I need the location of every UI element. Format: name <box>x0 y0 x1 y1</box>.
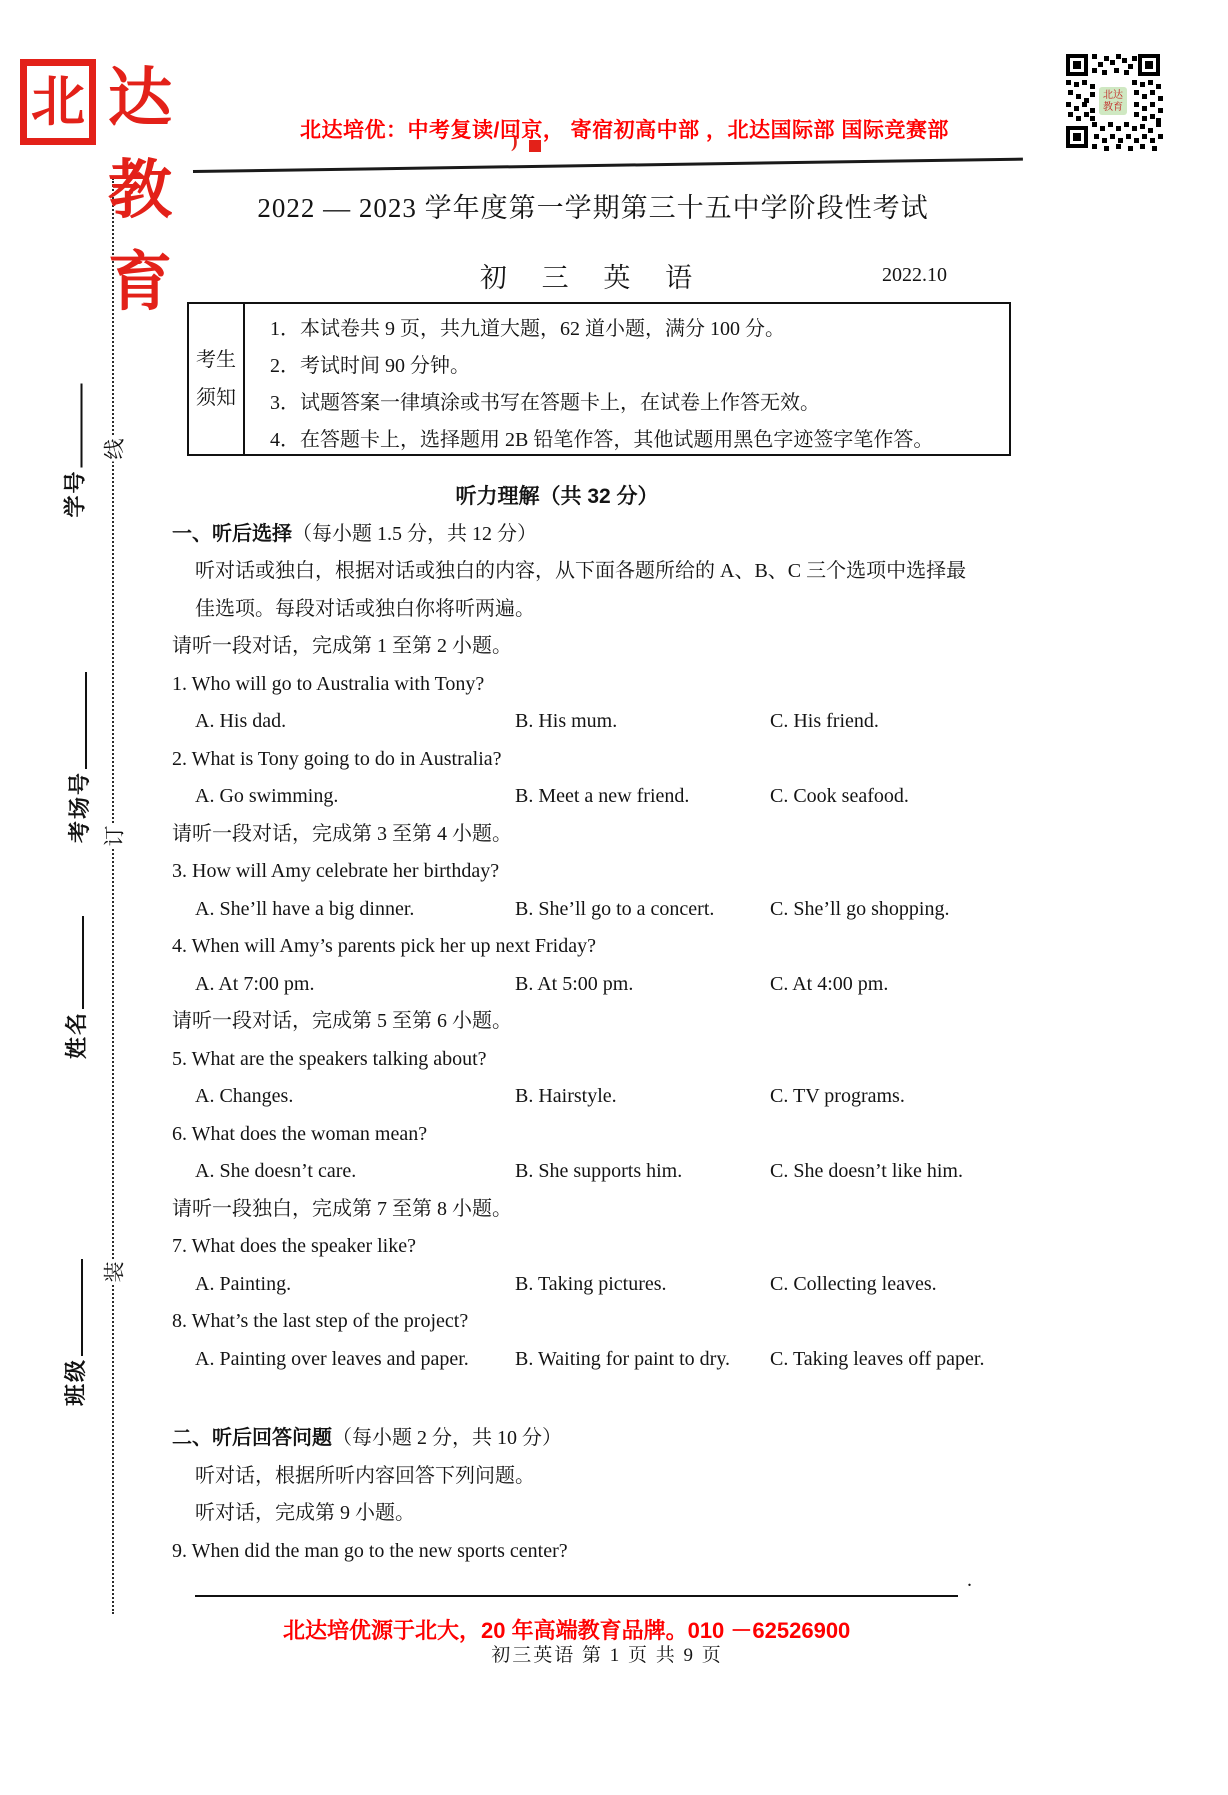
group-prompt: 请听一段独白，完成第 7 至第 8 小题。 <box>172 1191 1122 1229</box>
field-exam-room-number: 考场号 <box>63 672 94 843</box>
option-a: A. His dad. <box>195 703 515 741</box>
answer-blank-line: . <box>195 1595 958 1597</box>
candidate-notice-box: 考生 须知 1．本试卷共 9 页，共九道大题，62 道小题，满分 100 分。 … <box>187 302 1011 456</box>
blank-line <box>65 672 87 769</box>
notice-item: 2．考试时间 90 分钟。 <box>270 348 1009 385</box>
option-c: C. She’ll go shopping. <box>770 891 1122 929</box>
part2-instruction-1: 听对话，根据所听内容回答下列问题。 <box>172 1458 1122 1496</box>
group-prompt: 请听一段对话，完成第 1 至第 2 小题。 <box>172 628 1122 666</box>
option-b: B. Taking pictures. <box>515 1266 770 1304</box>
option-c: C. Collecting leaves. <box>770 1266 1122 1304</box>
group-prompt: 请听一段对话，完成第 5 至第 6 小题。 <box>172 1003 1122 1041</box>
option-b: B. She’ll go to a concert. <box>515 891 770 929</box>
notice-item: 4．在答题卡上，选择题用 2B 铅笔作答，其他试题用黑色字迹签字笔作答。 <box>270 422 1009 459</box>
option-a: A. Painting. <box>195 1266 515 1304</box>
option-c: C. At 4:00 pm. <box>770 966 1122 1004</box>
question-7-options: A. Painting. B. Taking pictures. C. Coll… <box>172 1266 1122 1304</box>
field-label: 班级 <box>63 1358 88 1406</box>
blank-line <box>61 1259 83 1356</box>
question-3-options: A. She’ll have a big dinner. B. She’ll g… <box>172 891 1122 929</box>
question-1-options: A. His dad. B. His mum. C. His friend. <box>172 703 1122 741</box>
binding-char-ding: 订 <box>98 824 130 849</box>
header-rule <box>193 158 1023 173</box>
part2-instruction-2: 听对话，完成第 9 小题。 <box>172 1495 1122 1533</box>
qr-code: 北达 教育 <box>1062 50 1164 152</box>
notice-label-line1: 考生 <box>196 341 236 379</box>
qr-center-text: 北达 <box>1103 88 1123 101</box>
exam-page: 学号 考场号 姓名 班级 线 订 装 北 达教育 ) 北达培优：中考复读/回京，… <box>0 0 1228 1795</box>
option-a: A. She doesn’t care. <box>195 1153 515 1191</box>
option-b: B. Meet a new friend. <box>515 778 770 816</box>
option-b: B. Waiting for paint to dry. <box>515 1341 770 1379</box>
question-4-options: A. At 7:00 pm. B. At 5:00 pm. C. At 4:00… <box>172 966 1122 1004</box>
field-name: 姓名 <box>60 916 91 1059</box>
option-a: A. At 7:00 pm. <box>195 966 515 1004</box>
option-c: C. She doesn’t like him. <box>770 1153 1122 1191</box>
part1-heading-bold: 一、听后选择 <box>172 523 292 545</box>
notice-label-line2: 须知 <box>196 379 236 417</box>
option-b: B. Hairstyle. <box>515 1078 770 1116</box>
question-2: 2. What is Tony going to do in Australia… <box>172 741 1122 779</box>
option-c: C. Taking leaves off paper. <box>770 1341 1122 1379</box>
group-prompt: 请听一段对话，完成第 3 至第 4 小题。 <box>172 816 1122 854</box>
notice-item: 3．试题答案一律填涂或书写在答题卡上，在试卷上作答无效。 <box>270 385 1009 422</box>
option-c: C. Cook seafood. <box>770 778 1122 816</box>
notice-label: 考生 须知 <box>189 304 245 454</box>
notice-item: 1．本试卷共 9 页，共九道大题，62 道小题，满分 100 分。 <box>270 311 1009 348</box>
option-b: B. His mum. <box>515 703 770 741</box>
binding-dotted-line <box>112 178 114 1614</box>
question-6-options: A. She doesn’t care. B. She supports him… <box>172 1153 1122 1191</box>
part1-heading: 一、听后选择（每小题 1.5 分，共 12 分） <box>172 516 1122 554</box>
answer-line-period: . <box>967 1569 972 1592</box>
option-a: A. Go swimming. <box>195 778 515 816</box>
qr-center-text: 教育 <box>1103 100 1123 113</box>
binding-char-xian: 线 <box>98 437 130 462</box>
part2-heading: 二、听后回答问题（每小题 2 分，共 10 分） <box>172 1420 1122 1458</box>
field-label: 学号 <box>63 469 88 517</box>
exam-body: 听力理解（共 32 分） 一、听后选择（每小题 1.5 分，共 12 分） 听对… <box>172 478 1122 1597</box>
question-3: 3. How will Amy celebrate her birthday? <box>172 853 1122 891</box>
option-c: C. His friend. <box>770 703 1122 741</box>
option-a: A. She’ll have a big dinner. <box>195 891 515 929</box>
part1-heading-rest: （每小题 1.5 分，共 12 分） <box>292 523 537 545</box>
footer-page-info: 初三英语 第 1 页 共 9 页 <box>172 1640 1042 1667</box>
blank-line <box>62 916 84 1009</box>
option-a: A. Painting over leaves and paper. <box>195 1341 515 1379</box>
logo-seal: 北 <box>20 59 96 145</box>
question-7: 7. What does the speaker like? <box>172 1228 1122 1266</box>
option-a: A. Changes. <box>195 1078 515 1116</box>
field-class: 班级 <box>59 1259 90 1406</box>
question-1: 1. Who will go to Australia with Tony? <box>172 666 1122 704</box>
section-title-listening: 听力理解（共 32 分） <box>172 478 942 516</box>
exam-title: 2022 — 2023 学年度第一学期第三十五中学阶段性考试 <box>172 186 1014 225</box>
question-2-options: A. Go swimming. B. Meet a new friend. C.… <box>172 778 1122 816</box>
question-5: 5. What are the speakers talking about? <box>172 1041 1122 1079</box>
part2-heading-rest: （每小题 2 分，共 10 分） <box>332 1427 562 1449</box>
part1-instruction-2: 佳选项。每段对话或独白你将听两遍。 <box>172 591 1122 629</box>
part2-heading-bold: 二、听后回答问题 <box>172 1427 332 1449</box>
binding-char-zhuang: 装 <box>98 1260 130 1285</box>
exam-date: 2022.10 <box>882 264 947 287</box>
question-8-options: A. Painting over leaves and paper. B. Wa… <box>172 1341 1122 1379</box>
question-4: 4. When will Amy’s parents pick her up n… <box>172 928 1122 966</box>
field-label: 姓名 <box>64 1011 89 1059</box>
field-label: 考场号 <box>67 771 92 843</box>
question-5-options: A. Changes. B. Hairstyle. C. TV programs… <box>172 1078 1122 1116</box>
option-b: B. At 5:00 pm. <box>515 966 770 1004</box>
logo-seal-char: 北 <box>31 75 85 129</box>
question-8: 8. What’s the last step of the project? <box>172 1303 1122 1341</box>
field-student-number: 学号 <box>59 383 90 517</box>
notice-list: 1．本试卷共 9 页，共九道大题，62 道小题，满分 100 分。 2．考试时间… <box>245 304 1009 454</box>
blank-line <box>61 383 83 467</box>
promo-banner: 北达培优：中考复读/回京， 寄宿初高中部 ，北达国际部 国际竞赛部 <box>300 114 949 144</box>
part1-instruction-1: 听对话或独白，根据对话或独白的内容，从下面各题所给的 A、B、C 三个选项中选择… <box>172 553 1122 591</box>
option-c: C. TV programs. <box>770 1078 1122 1116</box>
question-9: 9. When did the man go to the new sports… <box>172 1533 1122 1571</box>
question-6: 6. What does the woman mean? <box>172 1116 1122 1154</box>
logo-text: 达教育 <box>108 47 176 323</box>
option-b: B. She supports him. <box>515 1153 770 1191</box>
